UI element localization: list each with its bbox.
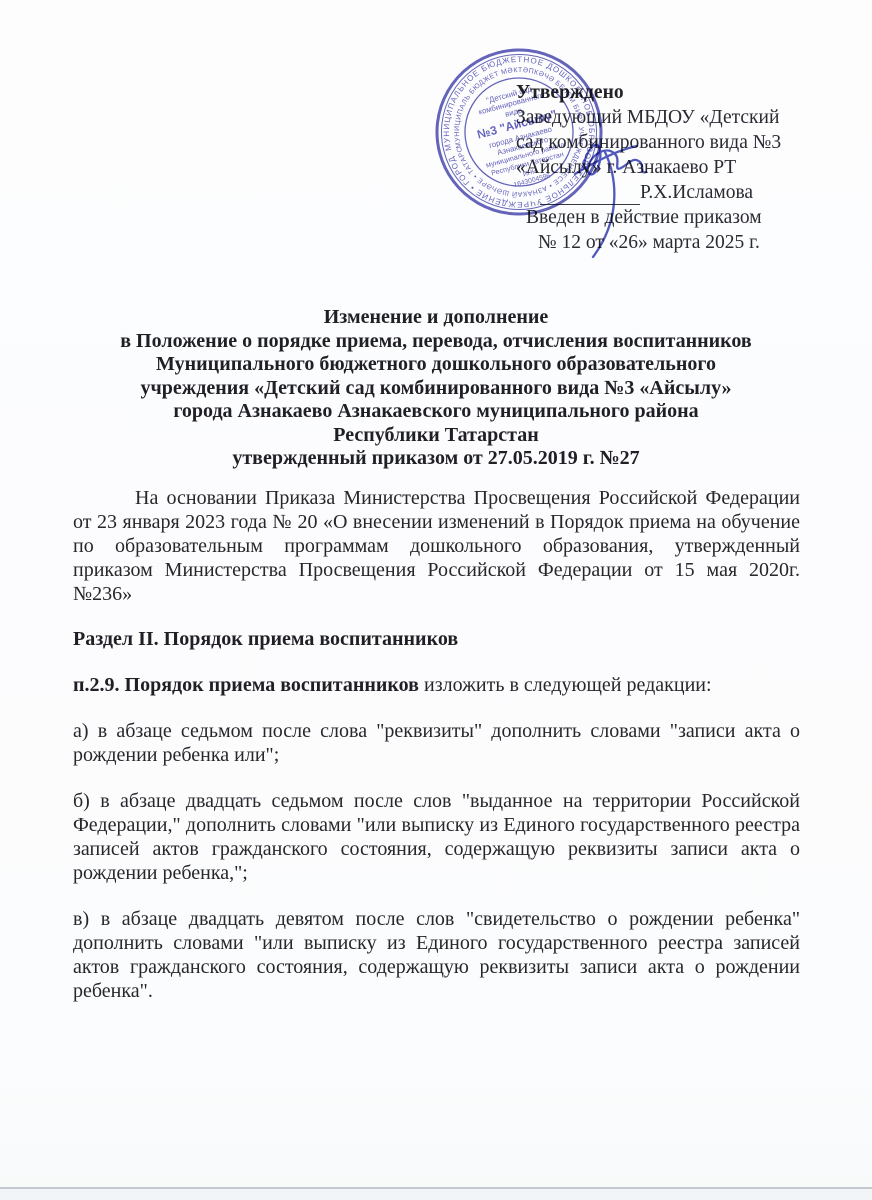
clause-paragraph: п.2.9. Порядок приема воспитанников изло… [73, 673, 800, 697]
section-heading: Раздел II. Порядок приема воспитанников [73, 627, 800, 651]
signer-name: Р.Х.Исламова [640, 180, 753, 205]
document-title: Изменение и дополнение в Положение о пор… [72, 306, 800, 471]
title-line-6: Республики Татарстан [72, 424, 800, 448]
scanned-document-page: Утверждено Заведующий МБДОУ «Детский сад… [0, 0, 872, 1200]
clause-number: п.2.9. Порядок приема воспитанников [73, 674, 419, 696]
amendment-item-a: а) в абзаце седьмом после слова "реквизи… [73, 719, 800, 767]
amendment-item-b: б) в абзаце двадцать седьмом после слов … [73, 789, 800, 885]
approval-block: Утверждено Заведующий МБДОУ «Детский сад… [516, 80, 816, 255]
order-line-1: Введен в действие приказом [516, 205, 816, 230]
clause-text: изложить в следующей редакции: [419, 674, 712, 696]
title-line-5: города Азнакаево Азнакаевского муниципал… [72, 400, 800, 424]
document-body: На основании Приказа Министерства Просве… [73, 486, 800, 1003]
approval-line-head: Заведующий МБДОУ «Детский [516, 105, 816, 130]
scan-edge-shadow [0, 1189, 872, 1200]
signature-row: Р.Х.Исламова [516, 180, 816, 205]
title-line-3: Муниципального бюджетного дошкольного об… [72, 353, 800, 377]
order-line-2: № 12 от «26» марта 2025 г. [516, 230, 816, 255]
title-line-7: утвержденный приказом от 27.05.2019 г. №… [72, 447, 800, 471]
title-line-1: Изменение и дополнение [72, 306, 800, 330]
approval-line-org: сад комбинированного вида №3 [516, 130, 816, 155]
approval-label: Утверждено [516, 80, 816, 105]
title-line-2: в Положение о порядке приема, перевода, … [72, 330, 800, 354]
signature-line [540, 184, 640, 205]
title-line-4: учреждения «Детский сад комбинированного… [72, 377, 800, 401]
intro-paragraph: На основании Приказа Министерства Просве… [73, 486, 800, 606]
approval-line-city: «Айсылу» г. Азнакаево РТ [516, 155, 816, 180]
amendment-item-v: в) в абзаце двадцать девятом после слов … [73, 907, 800, 1003]
